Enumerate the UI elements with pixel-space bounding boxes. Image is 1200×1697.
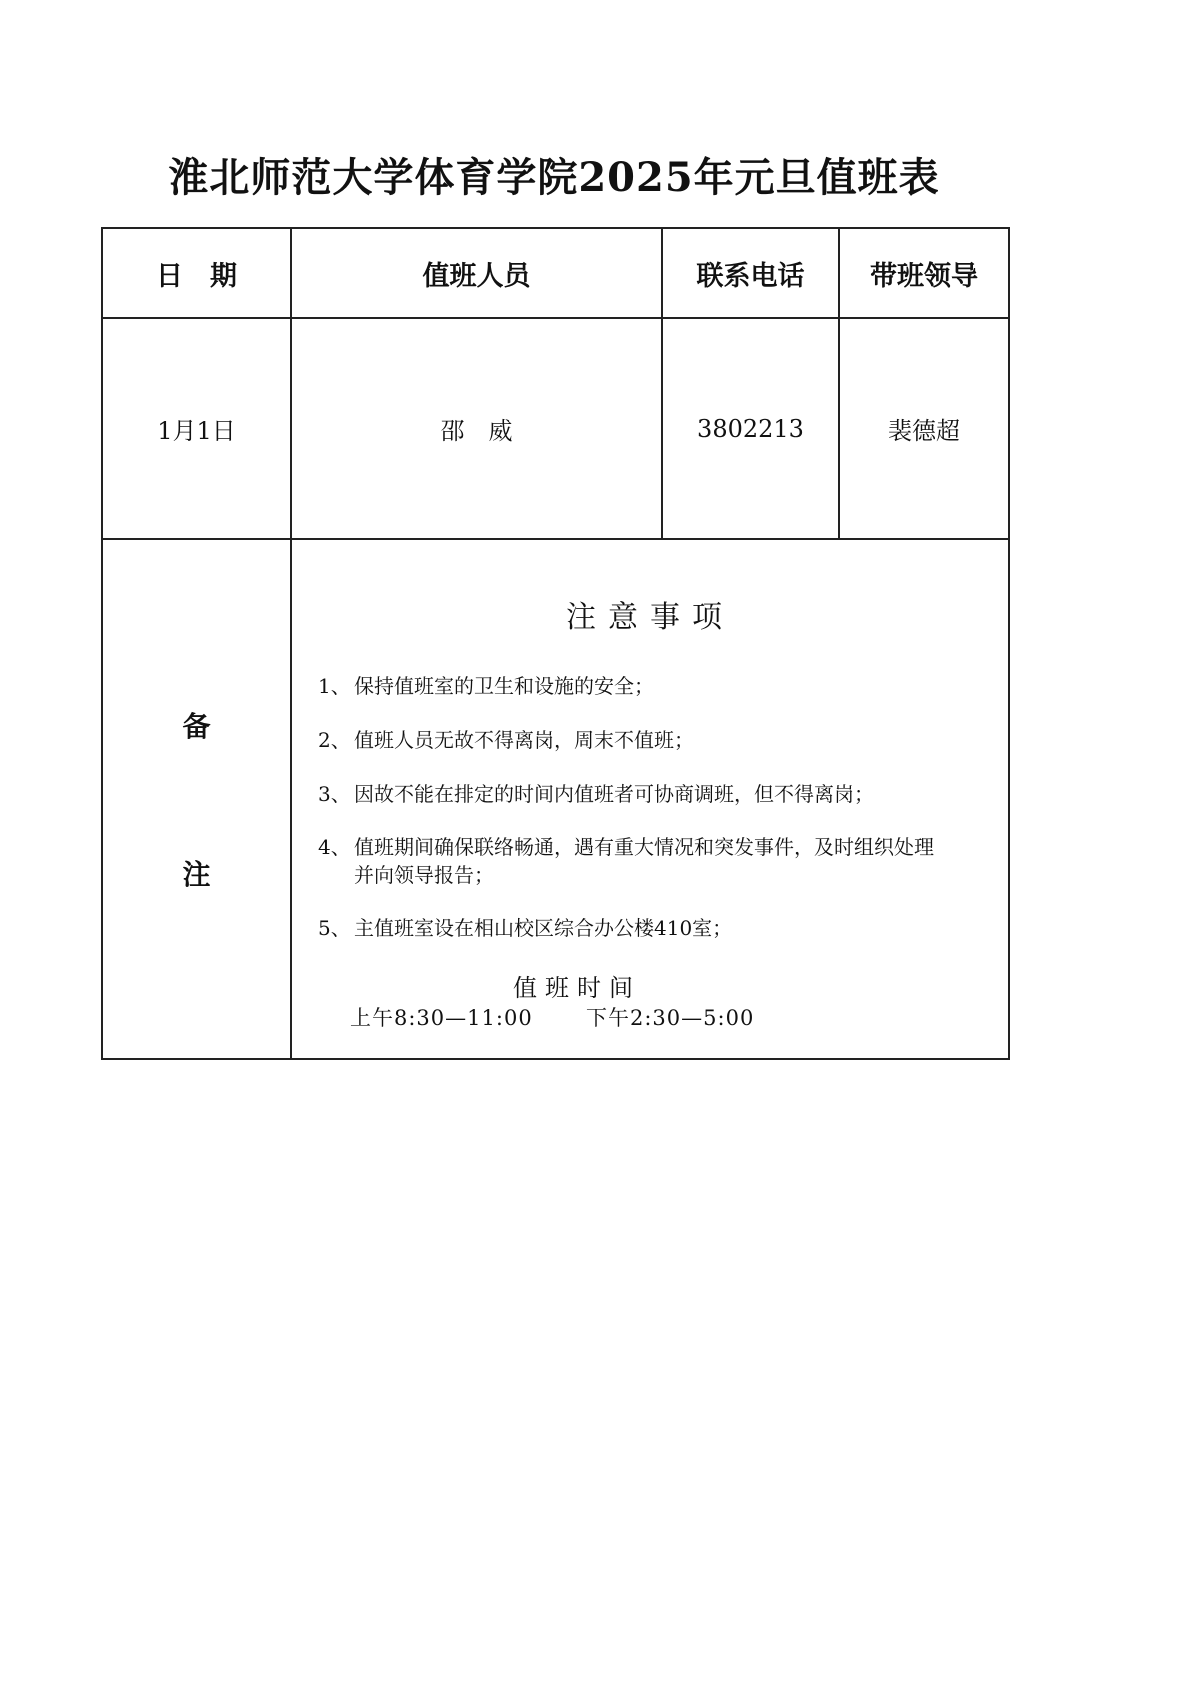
note-item-4: 4、值班期间确保联络畅通，遇有重大情况和突发事件，及时组织处理 并向领导报告； <box>318 833 998 889</box>
remarks-label-char-1: 备 <box>182 705 210 745</box>
table-header-row: 日 期 值班人员 联系电话 带班领导 <box>102 228 1009 318</box>
note-text: 值班人员无故不得离岗，周末不值班； <box>354 728 694 752</box>
header-date: 日 期 <box>102 228 291 318</box>
remarks-label-cell: 备 注 <box>102 539 291 1059</box>
cell-phone: 3802213 <box>662 318 839 539</box>
note-text: 保持值班室的卫生和设施的安全； <box>354 674 654 698</box>
document-title: 淮北师范大学体育学院2025年元旦值班表 <box>0 150 1108 206</box>
duty-time-afternoon: 下午2:30—5:00 <box>586 1002 754 1032</box>
duty-time-heading: 值班时间 <box>292 968 862 1003</box>
table-row: 1月1日 邵 威 3802213 裴德超 <box>102 318 1009 539</box>
note-item-5: 5、主值班室设在相山校区综合办公楼410室； <box>318 914 998 942</box>
cell-staff: 邵 威 <box>291 318 662 539</box>
note-item-2: 2、值班人员无故不得离岗，周末不值班； <box>318 726 998 754</box>
note-number: 5、 <box>318 914 354 942</box>
note-number: 3、 <box>318 780 354 808</box>
notes-heading: 注意事项 <box>292 592 1008 636</box>
note-text: 因故不能在排定的时间内值班者可协商调班，但不得离岗； <box>354 782 874 806</box>
remarks-row: 备 注 注意事项 1、保持值班室的卫生和设施的安全； 2、值班人员无故不得离岗，… <box>102 539 1009 1059</box>
cell-leader: 裴德超 <box>839 318 1009 539</box>
remarks-label-char-2: 注 <box>182 853 210 893</box>
header-leader: 带班领导 <box>839 228 1009 318</box>
duty-time-morning: 上午8:30—11:00 <box>350 1002 533 1032</box>
note-item-1: 1、保持值班室的卫生和设施的安全； <box>318 672 998 700</box>
remarks-content-cell: 注意事项 1、保持值班室的卫生和设施的安全； 2、值班人员无故不得离岗，周末不值… <box>291 539 1009 1059</box>
duty-schedule-table: 日 期 值班人员 联系电话 带班领导 1月1日 邵 威 3802213 裴德超 … <box>101 227 1010 1060</box>
note-number: 2、 <box>318 726 354 754</box>
note-text: 主值班室设在相山校区综合办公楼410室； <box>354 916 732 940</box>
cell-date: 1月1日 <box>102 318 291 539</box>
note-item-3: 3、因故不能在排定的时间内值班者可协商调班，但不得离岗； <box>318 780 998 808</box>
note-number: 4、 <box>318 833 354 861</box>
header-phone: 联系电话 <box>662 228 839 318</box>
note-number: 1、 <box>318 672 354 700</box>
header-staff: 值班人员 <box>291 228 662 318</box>
note-text-continued: 并向领导报告； <box>318 861 998 889</box>
note-text: 值班期间确保联络畅通，遇有重大情况和突发事件，及时组织处理 <box>354 835 934 859</box>
